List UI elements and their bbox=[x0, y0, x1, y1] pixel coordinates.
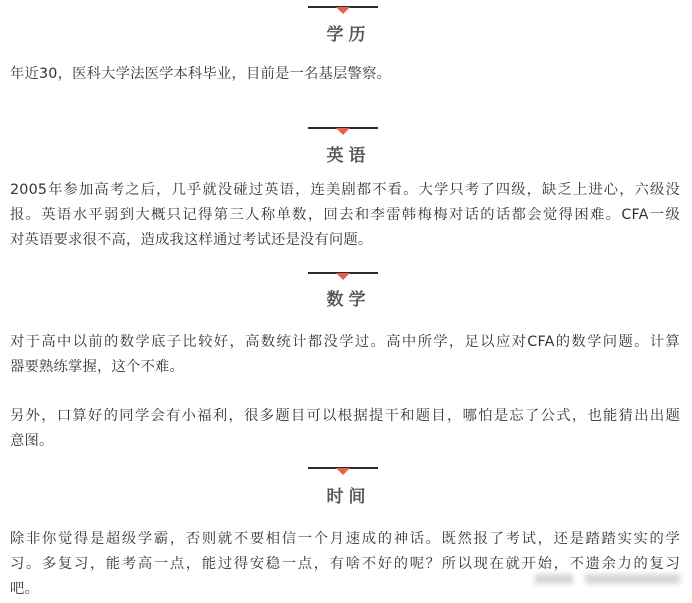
blurred-watermark bbox=[535, 571, 685, 587]
text-line: 2005年参加高考之后，几乎就没碰过英语，连美剧都不看。大学只考了四级，缺乏上进… bbox=[10, 178, 680, 203]
text-line: 报。英语水平弱到大概只记得第三人称单数，回去和李雷韩梅梅对话的话都会觉得困难。C… bbox=[10, 203, 680, 228]
section-divider bbox=[308, 6, 378, 14]
paragraph: 除非你觉得是超级学霸，否则就不要相信一个月速成的神话。既然报了考试，还是踏踏实实… bbox=[10, 527, 682, 602]
triangle-down-icon bbox=[336, 468, 350, 475]
section-divider bbox=[308, 127, 378, 135]
section-divider bbox=[308, 272, 378, 280]
section-heading: 时间 bbox=[0, 487, 692, 507]
section-heading: 数学 bbox=[0, 290, 692, 310]
paragraph: 2005年参加高考之后，几乎就没碰过英语，连美剧都不看。大学只考了四级，缺乏上进… bbox=[10, 178, 682, 253]
triangle-down-icon bbox=[336, 273, 350, 280]
section-divider bbox=[308, 467, 378, 475]
text-line: 意图。 bbox=[10, 429, 682, 454]
section-heading: 英语 bbox=[0, 146, 692, 166]
watermark-block bbox=[535, 574, 573, 584]
triangle-down-icon bbox=[336, 128, 350, 135]
paragraph: 另外，口算好的同学会有小福利，很多题目可以根据提干和题目，哪怕是忘了公式，也能猜… bbox=[10, 404, 682, 454]
section-heading: 学历 bbox=[0, 25, 692, 45]
text-line: 年近30，医科大学法医学本科毕业，目前是一名基层警察。 bbox=[10, 62, 682, 87]
paragraph: 年近30，医科大学法医学本科毕业，目前是一名基层警察。 bbox=[10, 62, 682, 87]
text-line: 除非你觉得是超级学霸，否则就不要相信一个月速成的神话。既然报了考试，还是踏踏实实… bbox=[10, 527, 680, 552]
text-line: 器要熟练掌握，这个不难。 bbox=[10, 355, 682, 380]
watermark-block bbox=[585, 574, 680, 584]
text-line: 对于高中以前的数学底子比较好，高数统计都没学过。高中所学，足以应对CFA的数学问… bbox=[10, 330, 680, 355]
paragraph: 对于高中以前的数学底子比较好，高数统计都没学过。高中所学，足以应对CFA的数学问… bbox=[10, 330, 682, 380]
text-line: 对英语要求很不高，造成我这样通过考试还是没有问题。 bbox=[10, 228, 682, 253]
text-line: 另外，口算好的同学会有小福利，很多题目可以根据提干和题目，哪怕是忘了公式，也能猜… bbox=[10, 404, 680, 429]
triangle-down-icon bbox=[336, 7, 350, 14]
